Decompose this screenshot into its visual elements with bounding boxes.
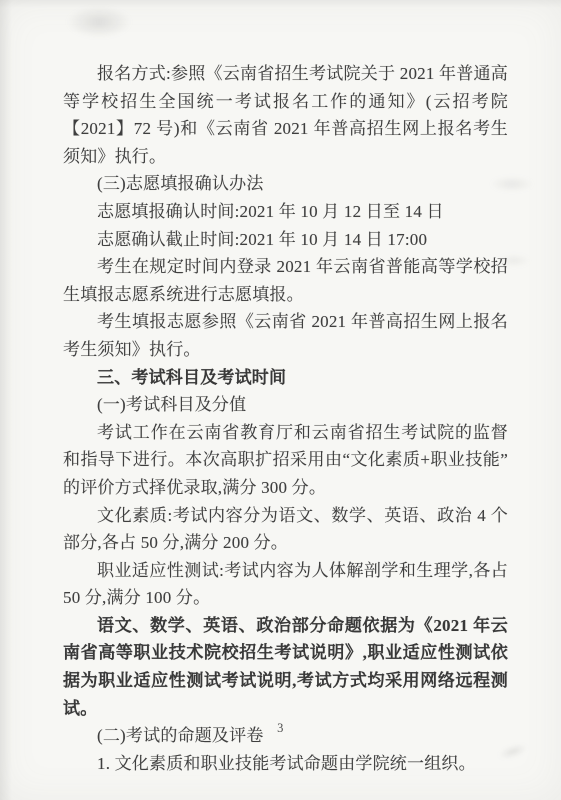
paragraph-proposition-basis: 语文、数学、英语、政治部分命题依据为《2021 年云南省高等职业技术院校招生考试… [63, 612, 508, 722]
paragraph-item-1: 1. 文化素质和职业技能考试命题由学院统一组织。 [63, 750, 508, 778]
paragraph-confirm-time: 志愿填报确认时间:2021 年 10 月 12 日至 14 日 [63, 198, 508, 226]
paragraph-cultural-quality: 文化素质:考试内容分为语文、数学、英语、政治 4 个部分,各占 50 分,满分 … [63, 502, 508, 557]
scan-edge-shadow [0, 0, 12, 800]
paragraph-confirm-deadline: 志愿确认截止时间:2021 年 10 月 14 日 17:00 [63, 226, 508, 254]
paragraph-registration-method: 报名方式:参照《云南省招生考试院关于 2021 年普通高等学校招生全国统一考试报… [63, 60, 508, 170]
page-number: 3 [0, 721, 561, 736]
subheading-subjects-scores: (一)考试科目及分值 [63, 391, 508, 419]
paragraph-fill-reference: 考生填报志愿参照《云南省 2021 年普高招生网上报名考生须知》执行。 [63, 308, 508, 363]
heading-exam-subjects-time: 三、考试科目及考试时间 [63, 364, 508, 392]
paragraph-aptitude-test: 职业适应性测试:考试内容为人体解剖学和生理学,各占 50 分,满分 100 分。 [63, 557, 508, 612]
scanned-document-page: 报名方式:参照《云南省招生考试院关于 2021 年普通高等学校招生全国统一考试报… [0, 0, 561, 800]
scan-artifact [66, 6, 132, 38]
paragraph-exam-supervision: 考试工作在云南省教育厅和云南省招生考试院的监督和指导下进行。本次高职扩招采用由“… [63, 419, 508, 502]
paragraph-login-system: 考生在规定时间内登录 2021 年云南省普能高等学校招生填报志愿系统进行志愿填报… [63, 253, 508, 308]
document-body: 报名方式:参照《云南省招生考试院关于 2021 年普通高等学校招生全国统一考试报… [63, 60, 508, 777]
scan-edge-shadow [0, 0, 561, 8]
subheading-section-3: (三)志愿填报确认办法 [63, 170, 508, 198]
